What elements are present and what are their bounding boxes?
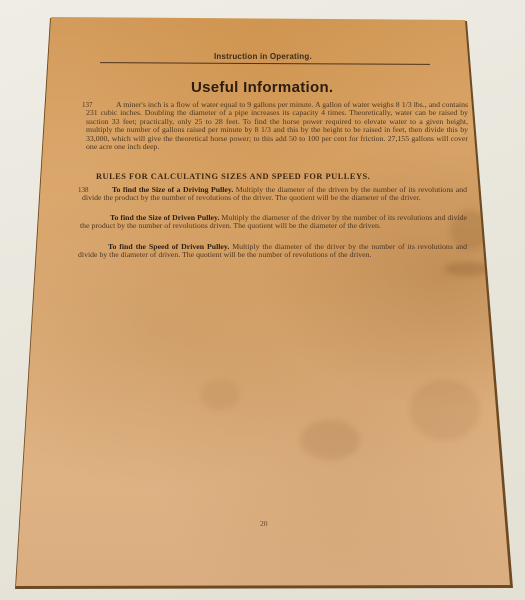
running-head: Instruction in Operating. — [214, 52, 312, 61]
page-title: Useful Information. — [191, 79, 333, 96]
rule-paragraph: To find the Size of Driven Pulley. Multi… — [80, 214, 467, 231]
rule-paragraph: To find the Size of a Driving Pulley. Mu… — [82, 186, 467, 203]
page-number: 20 — [260, 519, 268, 528]
section-paragraph: A miner's inch is a flow of water equal … — [86, 101, 468, 151]
rule-paragraph: To find the Speed of Driven Pulley. Mult… — [78, 243, 467, 260]
header-rule — [100, 62, 430, 65]
section-text: A miner's inch is a flow of water equal … — [86, 100, 468, 151]
rules-heading: RULES FOR CALCULATING SIZES AND SPEED FO… — [96, 172, 370, 181]
page-content: Instruction in Operating. Useful Informa… — [0, 0, 525, 600]
